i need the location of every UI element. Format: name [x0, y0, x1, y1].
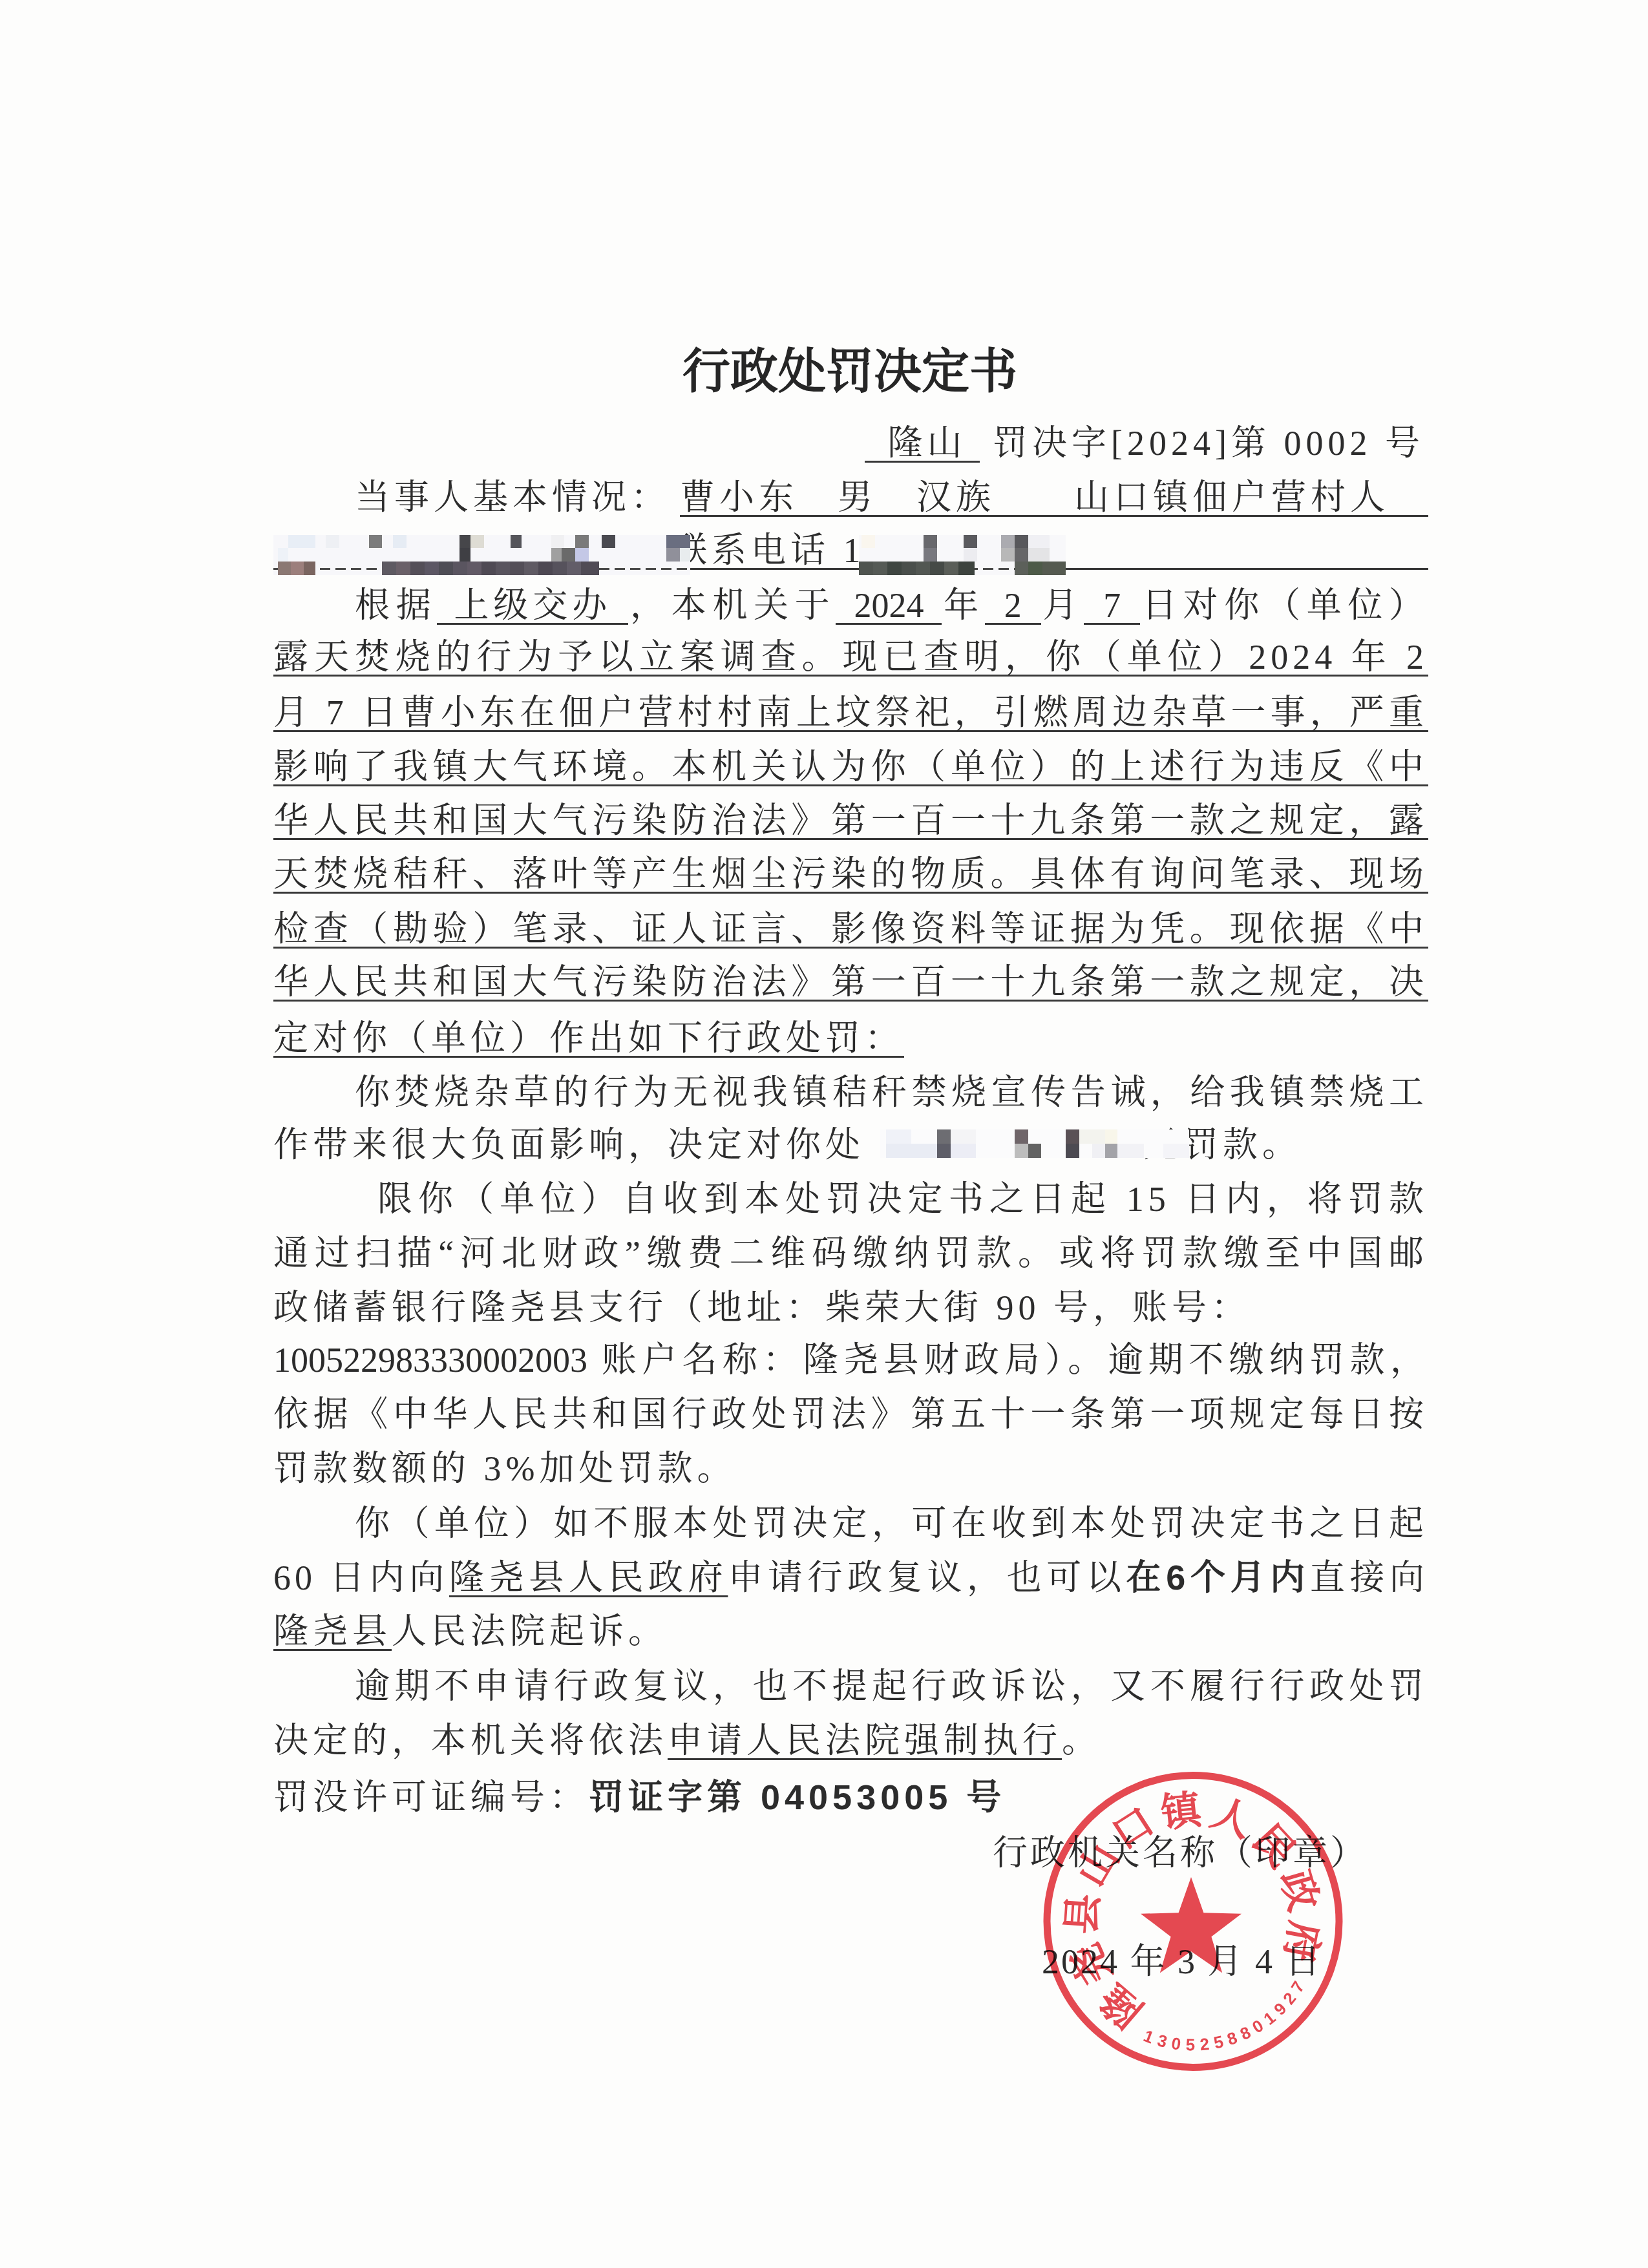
findings-line-4: 影响了我镇大气环境。本机关认为你（单位）的上述行为违反《中 [273, 748, 1428, 786]
document-number: 隆山 罚决字[2024]第 0002 号 [273, 424, 1424, 463]
payment-line-1: 限你（单位）自收到本处罚决定书之日起 15 日内，将罚款 [273, 1180, 1428, 1219]
findings-line-3: 月 7 日曹小东在佃户营村村南上坟祭祀，引燃周边杂草一事，严重 [273, 693, 1428, 732]
payment-line-3: 政储蓄银行隆尧县支行（地址：柴荣大街 90 号，账号： [273, 1288, 1428, 1327]
text-segment: 。 [1062, 1721, 1101, 1760]
appeal-line-3: 隆尧县人民法院起诉。 [273, 1612, 1428, 1651]
findings-closing: 定对你（单位）作出如下行政处罚： [273, 1019, 904, 1058]
findings-line-6: 天焚烧秸秆、落叶等产生烟尘污染的物质。具体有询问笔录、现场 [273, 855, 1428, 894]
enforcement-line-1: 逾期不申请行政复议，也不提起行政诉讼，又不履行行政处罚 [273, 1667, 1428, 1706]
seal-code-text: 1305258801927 [1141, 1978, 1308, 2055]
contact-label: 联系电话 [672, 531, 830, 570]
payment-line-6: 罚款数额的 3%加处罚款。 [273, 1449, 1428, 1488]
issuer-abbreviation: 隆山 [865, 424, 980, 463]
redacted-id-mosaic [273, 535, 690, 575]
official-seal: 隆尧县山口镇人民政府 1305258801927 [1042, 1770, 1344, 2073]
filing-month: 2 [985, 586, 1041, 625]
text-segment: 根据 [355, 586, 437, 625]
findings-line-1: 根据上级交办，本机关于2024年2月7日对你（单位） [273, 586, 1428, 625]
text-segment: 直接向 [1310, 1559, 1428, 1597]
document-number-rest: 罚决字[2024]第 0002 号 [980, 424, 1424, 463]
penalty-line-2: 作带来很大负面影响，决定对你处元罚款。 [273, 1126, 1428, 1164]
document-title: 行政处罚决定书 [646, 347, 1053, 396]
filing-year: 2024 [836, 586, 942, 625]
text-segment: 人民法院起诉。 [392, 1612, 668, 1651]
payment-line-4: 100522983330002003 账户名称：隆尧县财政局）。逾期不缴纳罚款， [273, 1341, 1428, 1380]
license-label: 罚没许可证编号： [273, 1778, 589, 1817]
text-segment: 日对你（单位） [1140, 586, 1428, 625]
findings-closing-line: 定对你（单位）作出如下行政处罚： [273, 1019, 1428, 1058]
penalty-line-1: 你焚烧杂草的行为无视我镇秸秆禁烧宣传告诫，给我镇禁烧工 [273, 1073, 1428, 1112]
text-segment: 月 [1041, 586, 1084, 625]
findings-line-8: 华人民共和国大气污染防治法》第一百一十九条第一款之规定，决 [273, 963, 1428, 1002]
text-segment: 60 日内向 [273, 1559, 449, 1597]
text-segment: 申请行政复议，也可以 [728, 1559, 1126, 1597]
text-segment: 年 [942, 586, 984, 625]
findings-line-2: 露天焚烧的行为予以立案调查。现已查明，你（单位）2024 年 2 [273, 638, 1428, 677]
redacted-fine-mosaic [880, 1129, 1189, 1158]
payment-line-2: 通过扫描“河北财政”缴费二维码缴纳罚款。或将罚款缴至中国邮 [273, 1234, 1428, 1273]
penalty-text: 作带来很大负面影响，决定对你处 [273, 1126, 865, 1164]
court-county: 隆尧县 [273, 1612, 392, 1651]
star-icon [1141, 1877, 1241, 1973]
text-segment: ，本机关于 [628, 586, 836, 625]
findings-line-5: 华人民共和国大气污染防治法》第一百一十九条第一款之规定，露 [273, 801, 1428, 840]
party-label: 当事人基本情况： [355, 478, 670, 517]
filing-day: 7 [1084, 586, 1140, 625]
enforcement-line-2: 决定的，本机关将依法申请人民法院强制执行。 [273, 1721, 1428, 1760]
lawsuit-period: 在6个月内 [1126, 1559, 1310, 1597]
appeal-line-1: 你（单位）如不服本处罚决定，可在收到本处罚决定书之日起 [273, 1504, 1428, 1543]
party-info-line: 当事人基本情况： 曹小东 男 汉族 山口镇佃户营村人 [273, 478, 1428, 517]
redacted-phone-mosaic [859, 535, 1066, 575]
bank-account-number: 100522983330002003 [273, 1341, 587, 1380]
license-number: 罚证字第 04053005 号 [589, 1778, 1006, 1817]
payment-line-5: 依据《中华人民共和国行政处罚法》第五十一条第一项规定每日按 [273, 1395, 1428, 1434]
case-source: 上级交办 [437, 586, 628, 625]
appeal-line-2: 60 日内向隆尧县人民政府申请行政复议，也可以在6个月内直接向 [273, 1559, 1428, 1597]
enforcement-action: 申请人民法院强制执行 [668, 1721, 1062, 1760]
text-segment: 决定的，本机关将依法 [273, 1721, 668, 1760]
seal-code: 1305258801927 [1141, 1978, 1308, 2055]
document-page: 行政处罚决定书 隆山 罚决字[2024]第 0002 号 当事人基本情况： 曹小… [0, 0, 1648, 2268]
party-details: 曹小东 男 汉族 山口镇佃户营村人 [680, 478, 1428, 517]
payment-line-4-text: 账户名称：隆尧县财政局）。逾期不缴纳罚款， [587, 1341, 1428, 1380]
review-authority: 隆尧县人民政府 [449, 1559, 728, 1597]
findings-line-7: 检查（勘验）笔录、证人证言、影像资料等证据为凭。现依据《中 [273, 910, 1428, 949]
